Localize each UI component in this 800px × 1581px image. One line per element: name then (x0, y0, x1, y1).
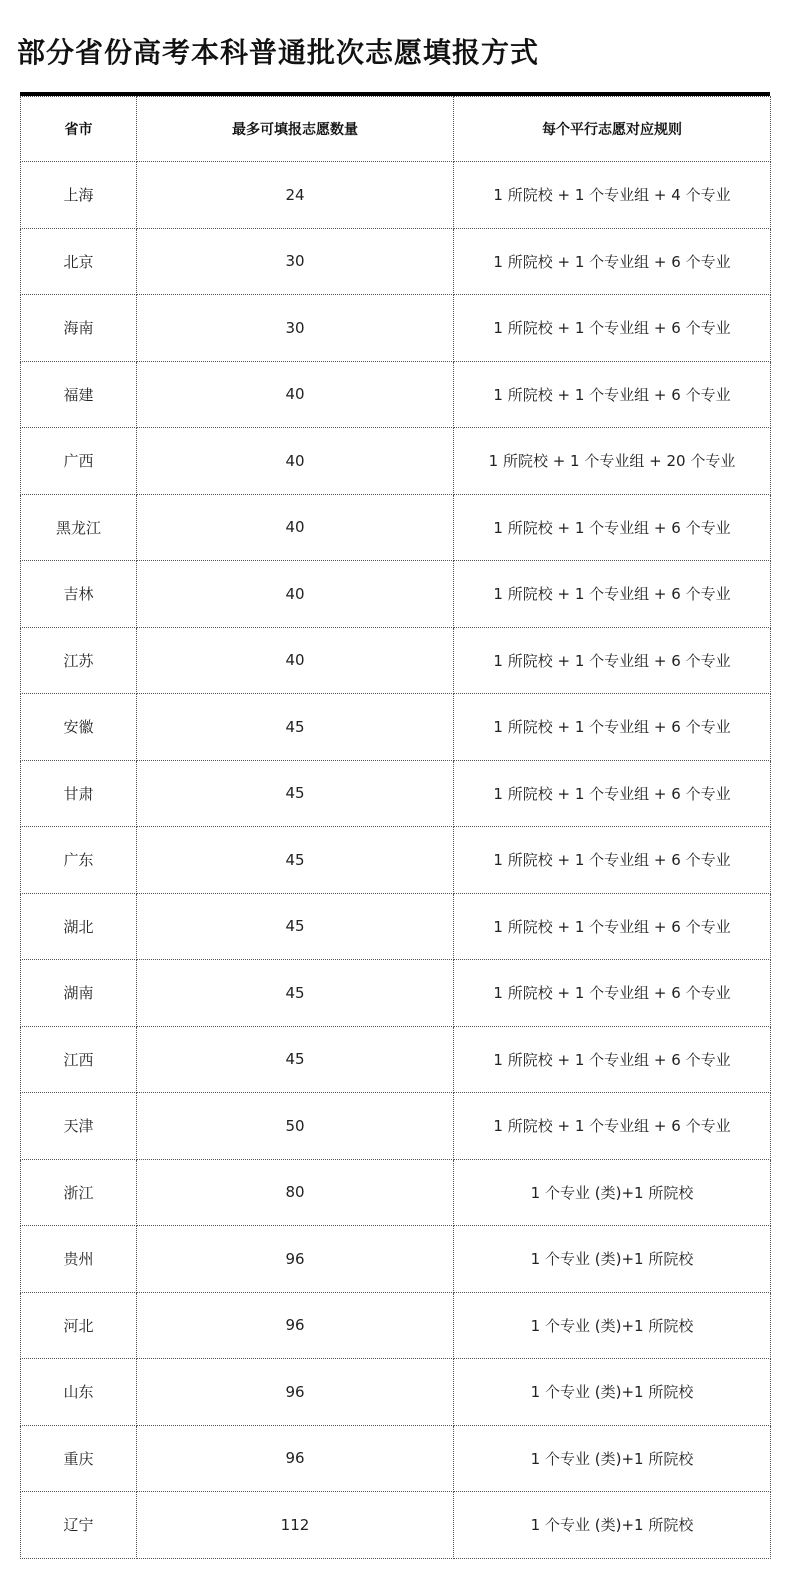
cell-rule: 1 所院校 + 1 个专业组 + 4 个专业 (454, 162, 771, 229)
table-row: 天津501 所院校 + 1 个专业组 + 6 个专业 (21, 1093, 771, 1160)
table-row: 贵州961 个专业 (类)+1 所院校 (21, 1226, 771, 1293)
volunteer-table: 省市 最多可填报志愿数量 每个平行志愿对应规则 上海241 所院校 + 1 个专… (20, 96, 771, 1559)
cell-province: 河北 (21, 1292, 137, 1359)
cell-rule: 1 个专业 (类)+1 所院校 (454, 1492, 771, 1559)
table-row: 广西401 所院校 + 1 个专业组 + 20 个专业 (21, 428, 771, 495)
table-row: 辽宁1121 个专业 (类)+1 所院校 (21, 1492, 771, 1559)
table-row: 浙江801 个专业 (类)+1 所院校 (21, 1159, 771, 1226)
cell-rule: 1 所院校 + 1 个专业组 + 6 个专业 (454, 827, 771, 894)
cell-province: 湖北 (21, 893, 137, 960)
cell-province: 吉林 (21, 561, 137, 628)
cell-max-count: 96 (137, 1359, 454, 1426)
cell-province: 安徽 (21, 694, 137, 761)
cell-rule: 1 所院校 + 1 个专业组 + 6 个专业 (454, 1093, 771, 1160)
cell-rule: 1 所院校 + 1 个专业组 + 6 个专业 (454, 561, 771, 628)
cell-max-count: 45 (137, 694, 454, 761)
table-row: 山东961 个专业 (类)+1 所院校 (21, 1359, 771, 1426)
cell-max-count: 96 (137, 1226, 454, 1293)
cell-rule: 1 所院校 + 1 个专业组 + 6 个专业 (454, 295, 771, 362)
cell-max-count: 80 (137, 1159, 454, 1226)
header-max-count: 最多可填报志愿数量 (137, 97, 454, 162)
cell-max-count: 40 (137, 561, 454, 628)
cell-max-count: 40 (137, 494, 454, 561)
table-row: 江苏401 所院校 + 1 个专业组 + 6 个专业 (21, 627, 771, 694)
table-row: 福建401 所院校 + 1 个专业组 + 6 个专业 (21, 361, 771, 428)
cell-province: 海南 (21, 295, 137, 362)
cell-province: 黑龙江 (21, 494, 137, 561)
cell-rule: 1 个专业 (类)+1 所院校 (454, 1359, 771, 1426)
cell-rule: 1 所院校 + 1 个专业组 + 6 个专业 (454, 627, 771, 694)
cell-rule: 1 个专业 (类)+1 所院校 (454, 1425, 771, 1492)
cell-province: 上海 (21, 162, 137, 229)
cell-max-count: 45 (137, 893, 454, 960)
cell-province: 山东 (21, 1359, 137, 1426)
cell-rule: 1 所院校 + 1 个专业组 + 20 个专业 (454, 428, 771, 495)
table-row: 北京301 所院校 + 1 个专业组 + 6 个专业 (21, 228, 771, 295)
header-province: 省市 (21, 97, 137, 162)
volunteer-table-container: 省市 最多可填报志愿数量 每个平行志愿对应规则 上海241 所院校 + 1 个专… (20, 92, 770, 1559)
cell-rule: 1 所院校 + 1 个专业组 + 6 个专业 (454, 1026, 771, 1093)
cell-province: 广西 (21, 428, 137, 495)
cell-province: 贵州 (21, 1226, 137, 1293)
table-row: 江西451 所院校 + 1 个专业组 + 6 个专业 (21, 1026, 771, 1093)
cell-rule: 1 个专业 (类)+1 所院校 (454, 1226, 771, 1293)
table-body: 上海241 所院校 + 1 个专业组 + 4 个专业北京301 所院校 + 1 … (21, 162, 771, 1559)
table-row: 黑龙江401 所院校 + 1 个专业组 + 6 个专业 (21, 494, 771, 561)
table-row: 吉林401 所院校 + 1 个专业组 + 6 个专业 (21, 561, 771, 628)
cell-province: 天津 (21, 1093, 137, 1160)
table-row: 甘肃451 所院校 + 1 个专业组 + 6 个专业 (21, 760, 771, 827)
cell-province: 江西 (21, 1026, 137, 1093)
cell-max-count: 112 (137, 1492, 454, 1559)
cell-province: 湖南 (21, 960, 137, 1027)
cell-province: 广东 (21, 827, 137, 894)
cell-rule: 1 所院校 + 1 个专业组 + 6 个专业 (454, 893, 771, 960)
cell-rule: 1 个专业 (类)+1 所院校 (454, 1292, 771, 1359)
cell-max-count: 96 (137, 1425, 454, 1492)
cell-rule: 1 所院校 + 1 个专业组 + 6 个专业 (454, 494, 771, 561)
cell-max-count: 30 (137, 228, 454, 295)
cell-rule: 1 所院校 + 1 个专业组 + 6 个专业 (454, 228, 771, 295)
cell-max-count: 50 (137, 1093, 454, 1160)
cell-rule: 1 所院校 + 1 个专业组 + 6 个专业 (454, 694, 771, 761)
table-row: 上海241 所院校 + 1 个专业组 + 4 个专业 (21, 162, 771, 229)
table-header-row: 省市 最多可填报志愿数量 每个平行志愿对应规则 (21, 97, 771, 162)
header-rule: 每个平行志愿对应规则 (454, 97, 771, 162)
cell-province: 甘肃 (21, 760, 137, 827)
cell-province: 福建 (21, 361, 137, 428)
cell-max-count: 45 (137, 1026, 454, 1093)
cell-max-count: 45 (137, 960, 454, 1027)
table-row: 安徽451 所院校 + 1 个专业组 + 6 个专业 (21, 694, 771, 761)
table-row: 河北961 个专业 (类)+1 所院校 (21, 1292, 771, 1359)
cell-max-count: 45 (137, 760, 454, 827)
table-row: 广东451 所院校 + 1 个专业组 + 6 个专业 (21, 827, 771, 894)
cell-rule: 1 所院校 + 1 个专业组 + 6 个专业 (454, 361, 771, 428)
cell-rule: 1 所院校 + 1 个专业组 + 6 个专业 (454, 960, 771, 1027)
cell-province: 辽宁 (21, 1492, 137, 1559)
cell-province: 重庆 (21, 1425, 137, 1492)
cell-max-count: 40 (137, 361, 454, 428)
table-row: 湖南451 所院校 + 1 个专业组 + 6 个专业 (21, 960, 771, 1027)
table-row: 湖北451 所院校 + 1 个专业组 + 6 个专业 (21, 893, 771, 960)
cell-max-count: 30 (137, 295, 454, 362)
cell-province: 浙江 (21, 1159, 137, 1226)
page-title: 部分省份高考本科普通批次志愿填报方式 (17, 36, 539, 70)
cell-province: 江苏 (21, 627, 137, 694)
cell-rule: 1 个专业 (类)+1 所院校 (454, 1159, 771, 1226)
cell-max-count: 40 (137, 627, 454, 694)
cell-max-count: 96 (137, 1292, 454, 1359)
cell-rule: 1 所院校 + 1 个专业组 + 6 个专业 (454, 760, 771, 827)
cell-max-count: 24 (137, 162, 454, 229)
table-row: 海南301 所院校 + 1 个专业组 + 6 个专业 (21, 295, 771, 362)
table-row: 重庆961 个专业 (类)+1 所院校 (21, 1425, 771, 1492)
cell-max-count: 45 (137, 827, 454, 894)
cell-max-count: 40 (137, 428, 454, 495)
cell-province: 北京 (21, 228, 137, 295)
